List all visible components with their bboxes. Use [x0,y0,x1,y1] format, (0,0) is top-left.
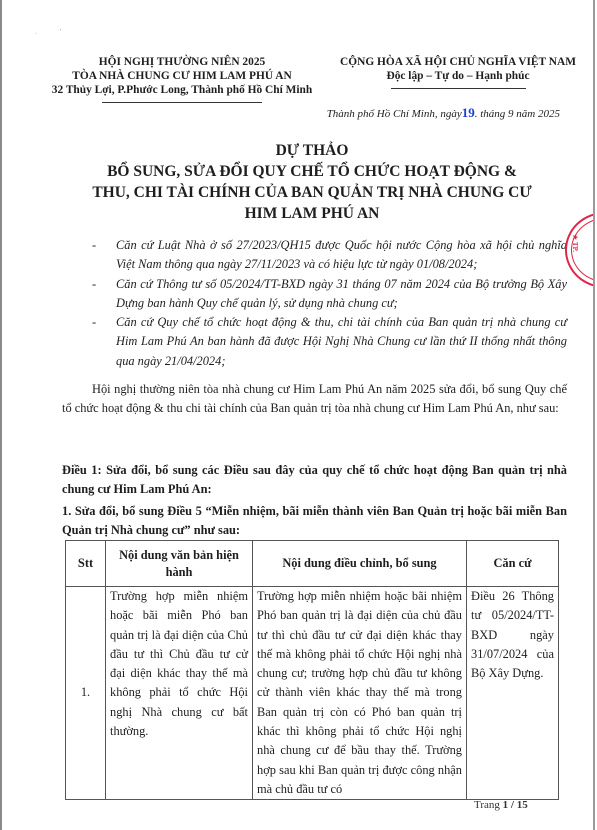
header-stt: Stt [66,541,106,587]
red-seal-stamp-icon: ★ TP. [565,212,593,288]
page-separator: / [508,799,517,811]
page-edge-left [0,0,2,830]
header-current-content: Nội dung văn bản hiện hành [106,541,253,587]
page-label: Trang [474,799,500,811]
bullet-dash: - [92,236,96,255]
intro-paragraph: Hội nghị thường niên tòa nhà chung cư Hi… [62,380,567,419]
legal-basis-item: - Căn cứ Luật Nhà ở số 27/2023/QH15 được… [92,236,567,275]
title-line-2: THU, CHI TÀI CHÍNH CỦA BAN QUẢN TRỊ NHÀ … [62,182,562,203]
building-address: 32 Thủy Lợi, P.Phước Long, Thành phố Hồ … [42,83,322,97]
cell-amended-content: Trường hợp miễn nhiệm hoặc bãi nhiệm Phó… [253,587,467,800]
legal-bases-list: - Căn cứ Luật Nhà ở số 27/2023/QH15 được… [92,236,567,371]
page-total: 15 [517,799,528,811]
legal-basis-text: Căn cứ Thông tư số 05/2024/TT-BXD ngày 3… [116,277,567,310]
date-day: 19 [462,105,475,120]
bullet-dash: - [92,275,96,294]
header-amended-content: Nội dung điều chỉnh, bổ sung [253,541,467,587]
title-line-3: HIM LAM PHÚ AN [62,203,562,224]
cell-current-content: Trường hợp miễn nhiệm hoặc bãi miễn Phó … [106,587,253,800]
clause-1-heading: 1. Sửa đổi, bổ sung Điều 5 “Miễn nhiệm, … [62,502,567,541]
header-right-underline [391,88,526,89]
date-prefix: Thành phố Hồ Chí Minh, ngày [327,108,462,120]
nation-name: CỘNG HÒA XÃ HỘI CHỦ NGHĨA VIỆT NAM [320,55,596,69]
legal-basis-item: - Căn cứ Quy chế tổ chức hoạt động & thu… [92,313,567,371]
cell-stt: 1. [66,587,106,800]
header-basis: Căn cứ [467,541,559,587]
legal-basis-text: Căn cứ Quy chế tổ chức hoạt động & thu, … [116,315,567,368]
legal-basis-text: Căn cứ Luật Nhà ở số 27/2023/QH15 được Q… [116,238,567,271]
title-line-1: BỔ SUNG, SỬA ĐỔI QUY CHẾ TỔ CHỨC HOẠT ĐỘ… [62,161,562,182]
bullet-dash: - [92,313,96,332]
draft-label: DỰ THẢO [62,140,562,161]
national-header: CỘNG HÒA XÃ HỘI CHỦ NGHĨA VIỆT NAM Độc l… [320,55,596,89]
meeting-name: HỘI NGHỊ THƯỜNG NIÊN 2025 [62,55,302,69]
date-line: Thành phố Hồ Chí Minh, ngày19. tháng 9 n… [280,105,560,121]
table-header-row: Stt Nội dung văn bản hiện hành Nội dung … [66,541,559,587]
building-name: TÒA NHÀ CHUNG CƯ HIM LAM PHÚ AN [62,69,302,83]
document-title: DỰ THẢO BỔ SUNG, SỬA ĐỔI QUY CHẾ TỔ CHỨC… [62,140,562,224]
article-1-heading: Điều 1: Sửa đổi, bổ sung các Điều sau đâ… [62,461,567,500]
page-edge-right [593,0,595,830]
legal-basis-item: - Căn cứ Thông tư số 05/2024/TT-BXD ngày… [92,275,567,314]
amendment-table: Stt Nội dung văn bản hiện hành Nội dung … [65,540,559,800]
organization-header: HỘI NGHỊ THƯỜNG NIÊN 2025 TÒA NHÀ CHUNG … [62,55,302,103]
national-motto: Độc lập – Tự do – Hạnh phúc [320,69,596,83]
cell-basis: Điều 26 Thông tư 05/2024/TT-BXD ngày 31/… [467,587,559,800]
page-number: Trang 1 / 15 [474,799,528,811]
date-suffix: . tháng 9 năm 2025 [475,108,560,120]
header-left-underline [102,102,262,103]
scan-speck: · [35,31,37,37]
table-row: 1. Trường hợp miễn nhiệm hoặc bãi miễn P… [66,587,559,800]
scan-speck: ' [60,29,61,35]
stamp-text: ★ TP. [571,234,579,252]
